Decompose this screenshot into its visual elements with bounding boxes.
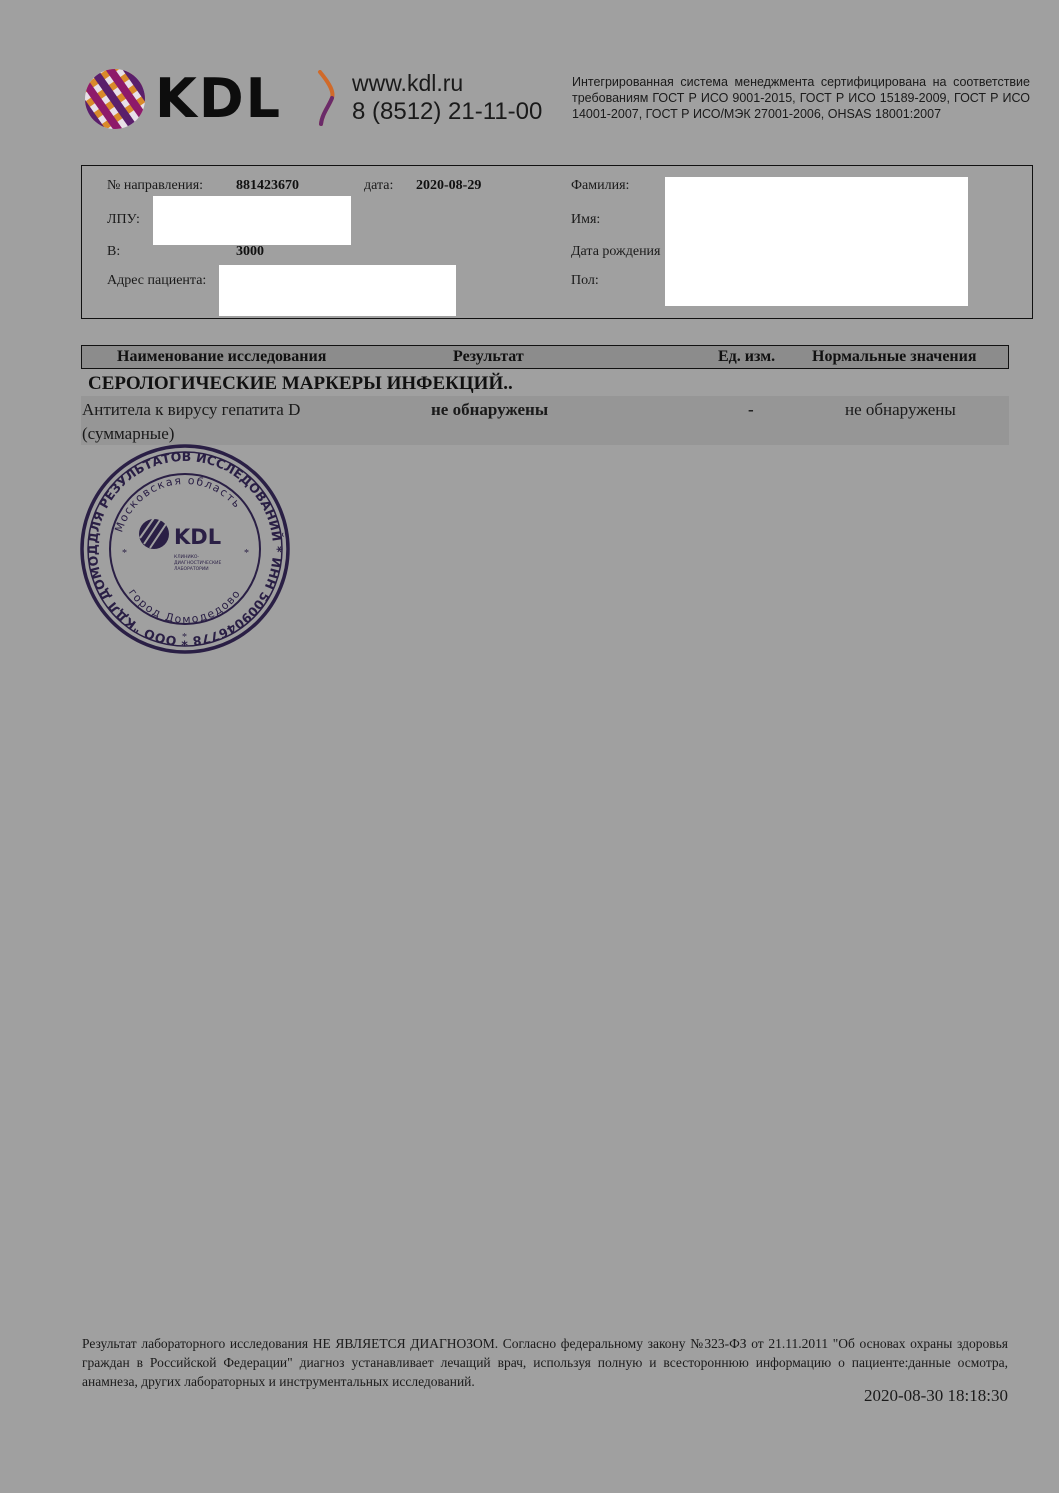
chevron-right-icon bbox=[316, 70, 338, 126]
name-label: Имя: bbox=[571, 212, 600, 228]
test-name-line1: Антитела к вирусу гепатита D bbox=[82, 400, 300, 420]
test-unit: - bbox=[748, 400, 754, 420]
company-stamp: ДЛЯ РЕЗУЛЬТАТОВ ИССЛЕДОВАНИЙ * ИНН 50090… bbox=[80, 444, 290, 654]
v-label: В: bbox=[107, 244, 120, 260]
lpu-label: ЛПУ: bbox=[107, 212, 140, 228]
svg-text:*: * bbox=[122, 548, 127, 559]
referral-number: 881423670 bbox=[236, 178, 299, 194]
column-header-result: Результат bbox=[453, 348, 524, 366]
website-link[interactable]: www.kdl.ru bbox=[352, 70, 463, 97]
disclaimer-text: Результат лабораторного исследования НЕ … bbox=[82, 1334, 1008, 1391]
test-normal-range: не обнаружены bbox=[845, 400, 956, 420]
referral-date: 2020-08-29 bbox=[416, 178, 481, 194]
svg-text:ДИАГНОСТИЧЕСКИЕ: ДИАГНОСТИЧЕСКИЕ bbox=[174, 560, 222, 566]
redacted-address bbox=[219, 265, 456, 316]
sex-label: Пол: bbox=[571, 273, 599, 289]
svg-text:ЛАБОРАТОРИИ: ЛАБОРАТОРИИ bbox=[174, 566, 209, 572]
column-header-normal: Нормальные значения bbox=[812, 348, 977, 366]
referral-label: № направления: bbox=[107, 178, 203, 194]
brand-logo-text: KDL bbox=[155, 66, 282, 132]
redacted-patient-details bbox=[665, 177, 968, 306]
svg-text:KDL: KDL bbox=[174, 525, 221, 549]
svg-text:*: * bbox=[244, 548, 249, 559]
kdl-logo-icon bbox=[84, 68, 146, 130]
svg-text:КЛИНИКО-: КЛИНИКО- bbox=[174, 554, 199, 560]
v-value: 3000 bbox=[236, 244, 264, 260]
section-title: СЕРОЛОГИЧЕСКИЕ МАРКЕРЫ ИНФЕКЦИЙ.. bbox=[88, 373, 513, 395]
certification-note: Интегрированная система менеджмента серт… bbox=[572, 74, 1030, 122]
printed-timestamp: 2020-08-30 18:18:30 bbox=[864, 1386, 1008, 1406]
test-result: не обнаружены bbox=[431, 400, 548, 420]
svg-text:*: * bbox=[182, 632, 187, 643]
svg-text:город Домодедово: город Домодедово bbox=[126, 586, 244, 626]
surname-label: Фамилия: bbox=[571, 178, 629, 194]
column-header-unit: Ед. изм. bbox=[718, 348, 775, 366]
phone-number: 8 (8512) 21-11-00 bbox=[352, 98, 542, 126]
column-header-test-name: Наименование исследования bbox=[117, 348, 326, 366]
date-label: дата: bbox=[364, 178, 393, 194]
redacted-lpu bbox=[153, 196, 351, 245]
birthdate-label: Дата рождения bbox=[571, 244, 661, 260]
address-label: Адрес пациента: bbox=[107, 273, 206, 289]
test-name-line2: (суммарные) bbox=[82, 424, 174, 444]
